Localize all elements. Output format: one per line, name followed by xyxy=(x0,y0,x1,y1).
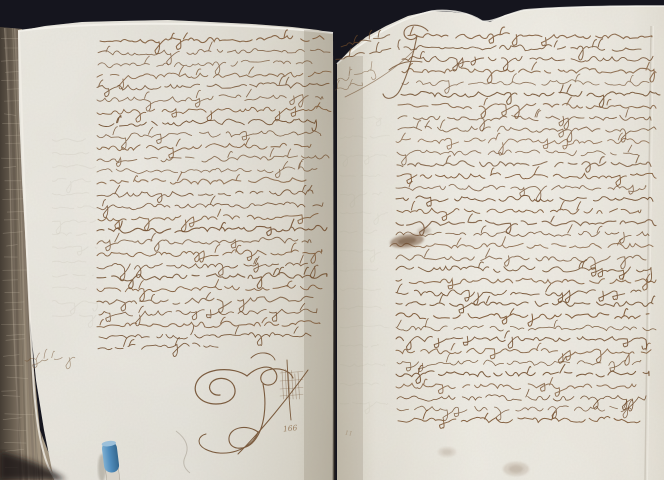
folio-mark-right: 11 xyxy=(344,430,352,438)
gutter-crease-line-lower xyxy=(334,300,335,480)
manuscript-photo: 166 11 xyxy=(0,0,664,480)
gutter xyxy=(304,30,363,480)
right-page xyxy=(337,6,664,480)
folio-number-left: 166 xyxy=(283,423,298,433)
